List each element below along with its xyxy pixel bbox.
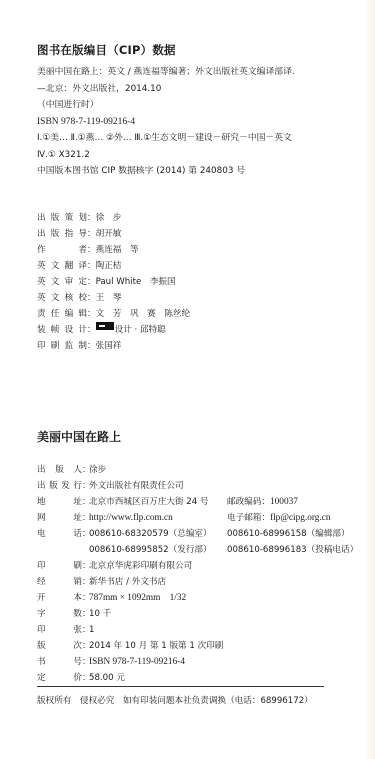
credit-label: 责任编辑 [37,306,87,322]
phone-label: 电话 [37,526,82,542]
distributor-row: 出版发行： 外文出版社有限责任公司 [37,478,337,494]
cover-design-logo-icon [96,322,114,330]
isbn-row: 书号： ISBN 978-7-119-09216-4 [37,654,337,670]
cip-line-isbn: ISBN 978-7-119-09216-4 [37,114,295,131]
price-label: 定价 [37,670,82,686]
credit-row: 装帧设计：设计 · 邱特聪 [37,322,190,338]
credit-row: 责任编辑：文 芳 巩 赛 陈丝纶 [37,306,190,322]
printer-label: 印刷 [37,558,82,574]
publisher-person-value: 徐步 [89,462,106,478]
credit-value: Paul White 李振国 [96,274,176,290]
divider-line [37,686,324,687]
credit-row: 英文核校：王 琴 [37,290,190,306]
rights-notice: 版权所有 侵权必究 如有印装问题本社负责调换（电话：68996172） [37,694,313,706]
isbn-value: ISBN 978-7-119-09216-4 [89,654,185,670]
credit-label: 印刷监制 [37,338,87,354]
credit-value: 胡开敏 [96,226,122,242]
email-link[interactable]: flp@cipg.org.cn [270,513,331,523]
publisher-person-row: 出版人： 徐步 [37,462,337,478]
word-count-value: 10 千 [89,606,111,622]
cip-line-imprint: —北京：外文出版社，2014.10 [37,81,295,98]
page-edge-shadow [363,0,375,759]
credit-label: 英文审定 [37,274,87,290]
cip-line-record-number: 中国版本图书馆 CIP 数据核字 (2014) 第 240803 号 [37,163,295,180]
retail-value: 新华书店 / 外文书店 [89,574,166,590]
word-count-row: 字数： 10 千 [37,606,337,622]
credit-row: 英文审定：Paul White 李振国 [37,274,190,290]
phone-number: 008610-68996158（编辑部） [227,526,350,542]
format-value: 787mm × 1092mm 1/32 [89,590,186,606]
website-link[interactable]: http://www.flp.com.cn [89,510,173,526]
distributor-label: 出版发行 [37,478,82,494]
phone-row-2: 008610-68995852（发行部） 008610-68996183（投稿电… [37,542,337,558]
edition-value: 2014 年 10 月 第 1 版第 1 次印刷 [89,638,223,654]
credit-row: 出版策划：徐 步 [37,210,190,226]
cip-line-subjects: Ⅰ.①美… Ⅱ.①燕… ②外… Ⅲ.①生态文明－建设－研究－中国－英文 [37,130,295,147]
credit-row: 英文翻译：陶正桔 [37,258,190,274]
cip-line-series: （中国进行时） [37,97,295,114]
address-row: 地址： 北京市西城区百万庄大街 24 号 邮政编码：100037 [37,494,337,510]
book-title: 美丽中国在路上 [37,428,121,445]
word-count-label: 字数 [37,606,82,622]
phone-number: 008610-68320579（总编室） [89,526,212,542]
price-value: 58.00 元 [89,670,125,686]
phone-row: 电话： 008610-68320579（总编室） 008610-68996158… [37,526,337,542]
cip-data-block: 美丽中国在路上：英文 / 燕连福等编著；外文出版社英文编译部译. —北京：外文出… [37,64,295,180]
credit-label: 英文翻译 [37,258,87,274]
format-row: 开本： 787mm × 1092mm 1/32 [37,590,337,606]
credit-row: 印刷监制：张国祥 [37,338,190,354]
email-label: 电子邮箱 [227,513,261,523]
credits-block: 出版策划：徐 步 出版指导：胡开敏 作者：燕连福 等 英文翻译：陶正桔 英文审定… [37,210,190,354]
retail-row: 经销： 新华书店 / 外文书店 [37,574,337,590]
sheets-value: 1 [89,622,94,638]
isbn-label: 书号 [37,654,82,670]
credit-label: 英文核校 [37,290,87,306]
retail-label: 经销 [37,574,82,590]
postcode-value: 100037 [270,497,298,507]
credit-label: 出版策划 [37,210,87,226]
website-label: 网址 [37,510,82,526]
credit-value: 张国祥 [96,338,122,354]
credit-value: 王 琴 [96,290,122,306]
format-label: 开本 [37,590,82,606]
cip-line-classification: Ⅳ.① X321.2 [37,147,295,164]
price-row: 定价： 58.00 元 [37,670,337,686]
credit-value: 燕连福 等 [96,242,139,258]
credit-value: 陶正桔 [96,258,122,274]
phone-number: 008610-68995852（发行部） [89,542,212,558]
credit-label: 作者 [37,242,87,258]
cip-heading: 图书在版编目（CIP）数据 [37,42,176,58]
credit-label: 出版指导 [37,226,87,242]
credit-value: 徐 步 [96,210,122,226]
postcode-label: 邮政编码 [227,497,261,507]
address-value: 北京市西城区百万庄大街 24 号 [89,494,209,510]
cip-line-title: 美丽中国在路上：英文 / 燕连福等编著；外文出版社英文编译部译. [37,64,295,81]
credit-row: 作者：燕连福 等 [37,242,190,258]
distributor-value: 外文出版社有限责任公司 [89,478,184,494]
credit-row: 出版指导：胡开敏 [37,226,190,242]
edition-label: 版次 [37,638,82,654]
printer-value: 北京京华虎彩印刷有限公司 [89,558,192,574]
publisher-person-label: 出版人 [37,462,82,478]
phone-number: 008610-68996183（投稿电话） [227,542,358,558]
edition-row: 版次： 2014 年 10 月 第 1 版第 1 次印刷 [37,638,337,654]
website-row: 网址： http://www.flp.com.cn 电子邮箱：flp@cipg.… [37,510,337,526]
credit-value: 设计 · 邱特聪 [115,322,166,338]
sheets-label: 印张 [37,622,82,638]
credit-value: 文 芳 巩 赛 陈丝纶 [96,306,191,322]
credit-label: 装帧设计 [37,322,87,338]
publication-details: 出版人： 徐步 出版发行： 外文出版社有限责任公司 地址： 北京市西城区百万庄大… [37,462,337,686]
printer-row: 印刷： 北京京华虎彩印刷有限公司 [37,558,337,574]
sheets-row: 印张： 1 [37,622,337,638]
address-label: 地址 [37,494,82,510]
